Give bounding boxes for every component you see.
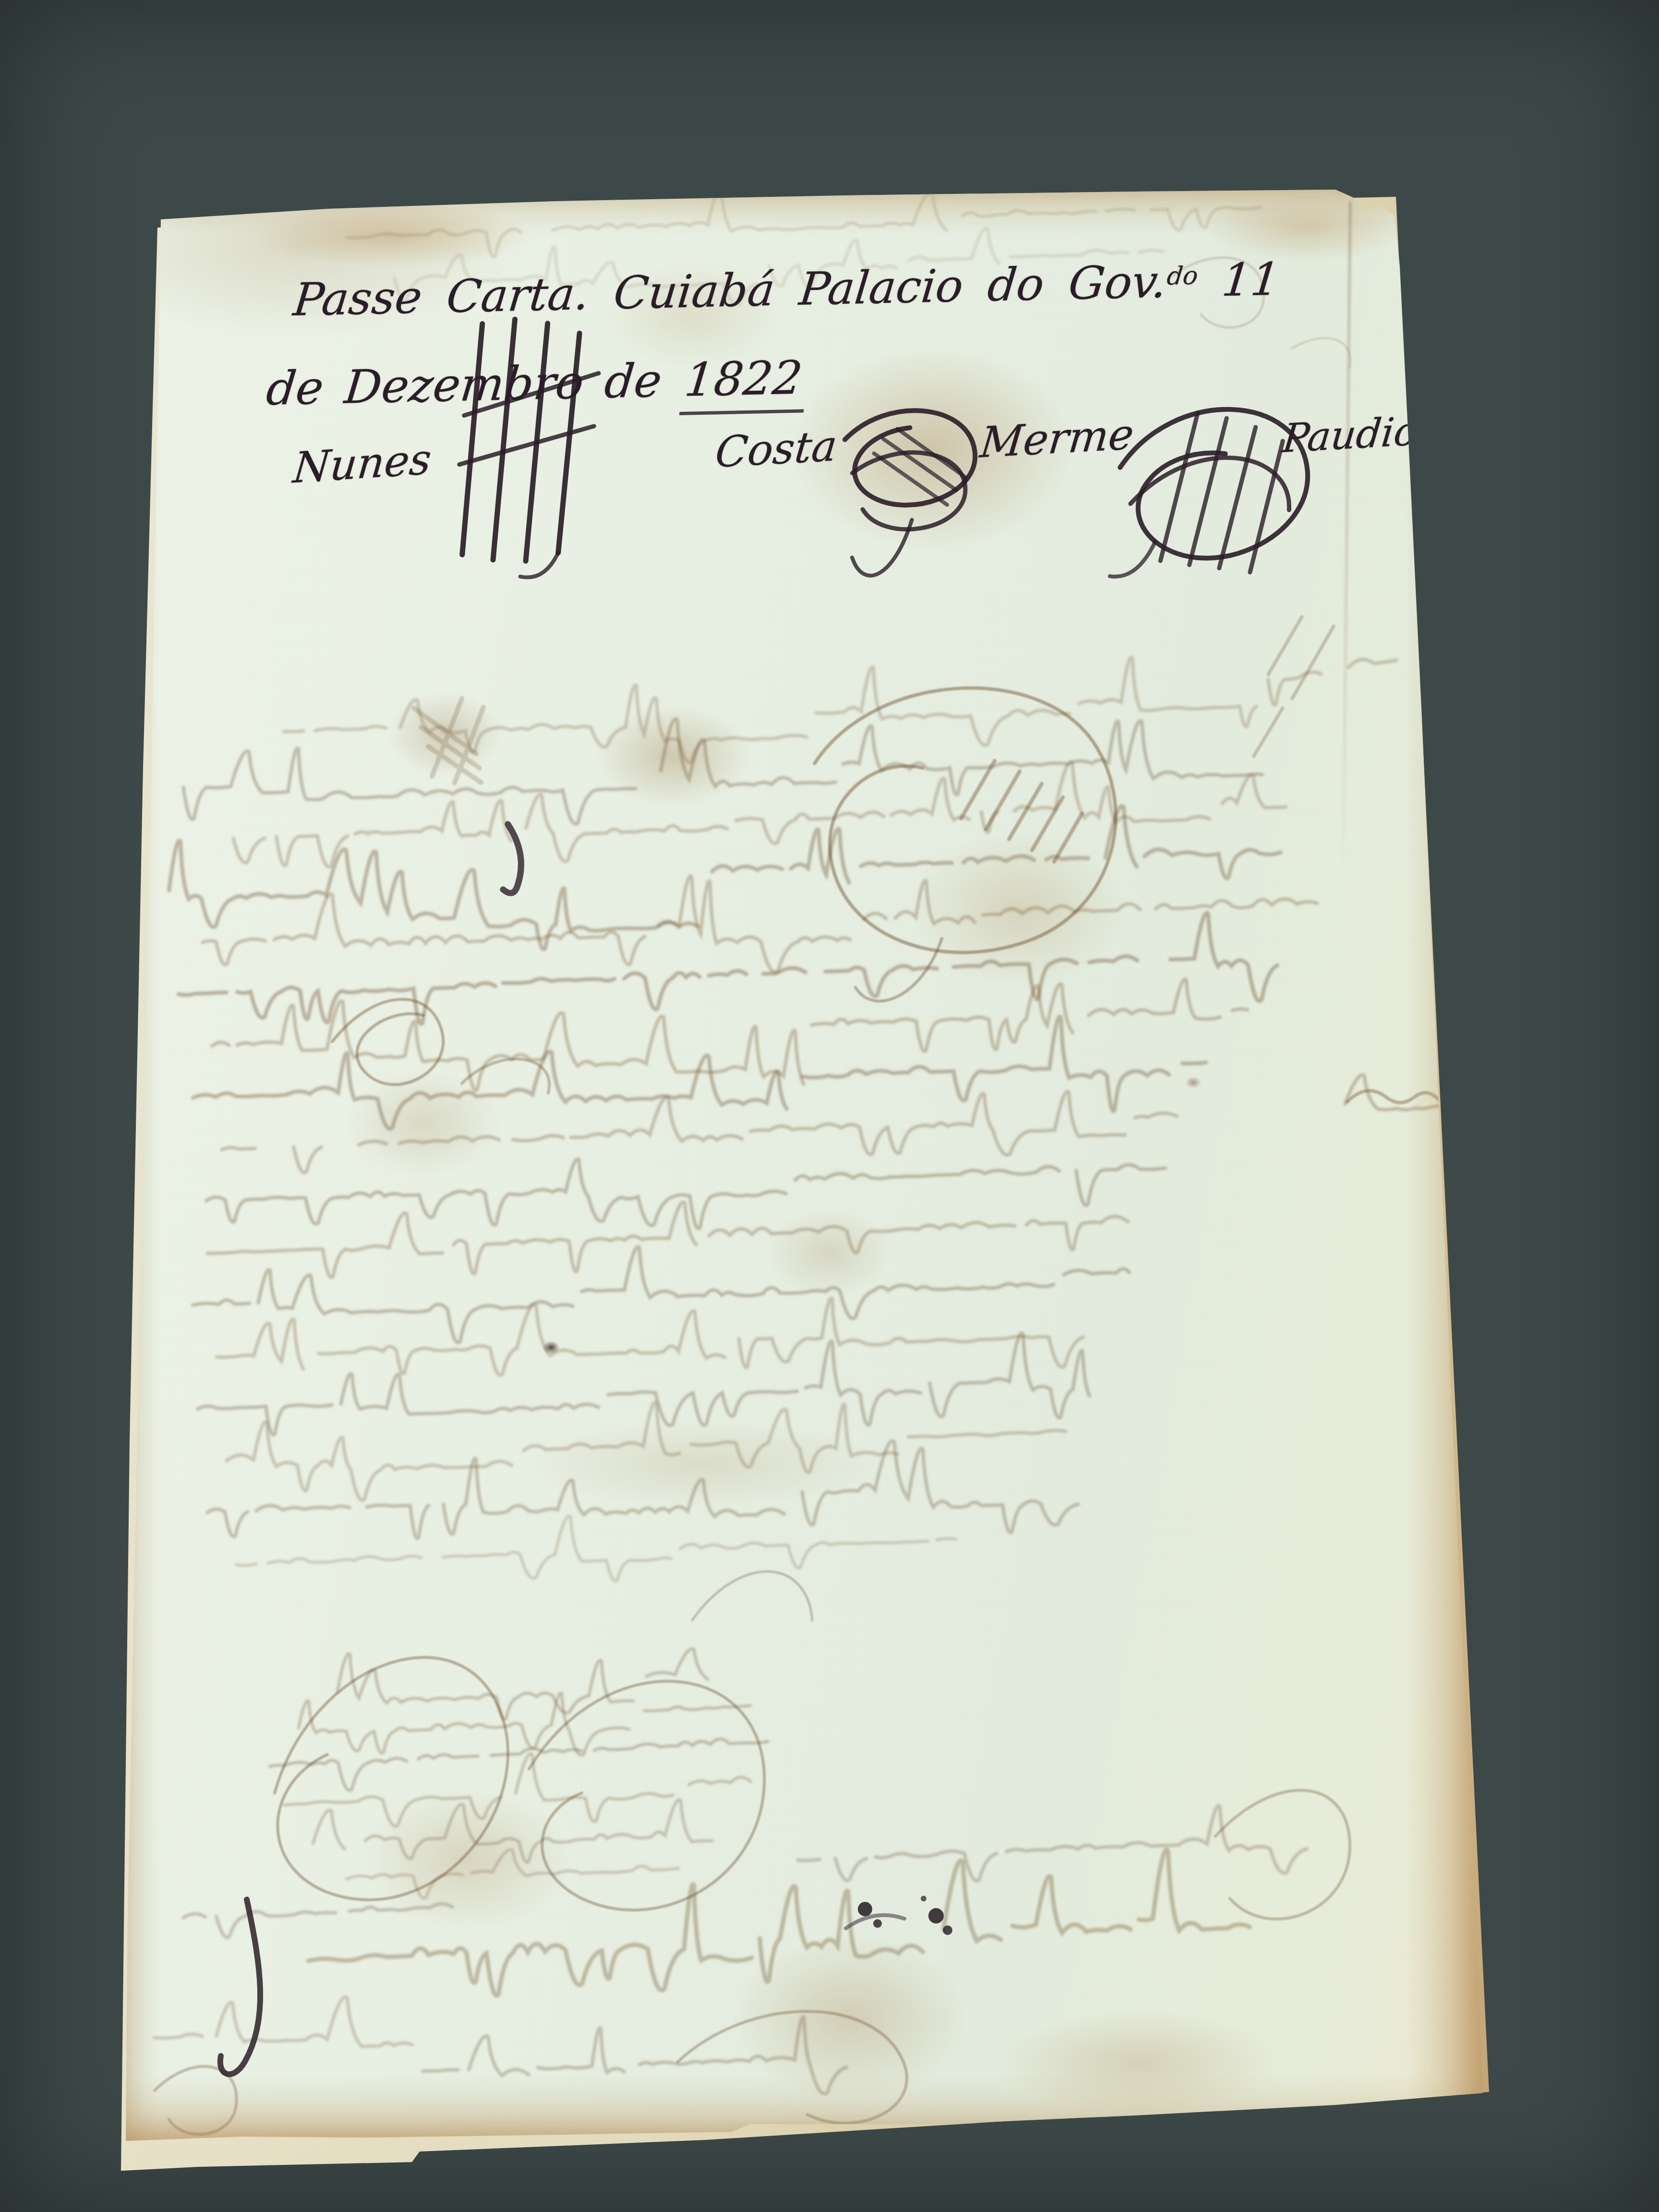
annotation-line1-text: Passe Carta. Cuiabá Palacio do Gov. <box>291 256 1169 326</box>
dark-ink-marks <box>220 824 1196 2141</box>
annotation-line1: Passe Carta. Cuiabá Palacio do Gov.do 11 <box>291 253 1282 326</box>
photo: { "scene": { "background_color": "#3d484… <box>0 0 1659 2212</box>
archival-annotation: Passe Carta. Cuiabá Palacio do Gov.do 11… <box>289 237 1491 799</box>
rubric-flourish-icon <box>1098 353 1338 617</box>
signature-costa: Costa <box>713 421 839 477</box>
signature-nunes: Nunes <box>291 434 433 493</box>
manuscript-page: Passe Carta. Cuiabá Palacio do Gov.do 11… <box>126 190 1484 2141</box>
annotation-year: 1822 <box>679 350 809 415</box>
annotation-superscript: do <box>1166 261 1199 290</box>
annotation-number: 11 <box>1220 253 1283 307</box>
rubric-flourish-icon <box>448 311 656 593</box>
rubric-flourish-icon <box>829 369 1002 613</box>
